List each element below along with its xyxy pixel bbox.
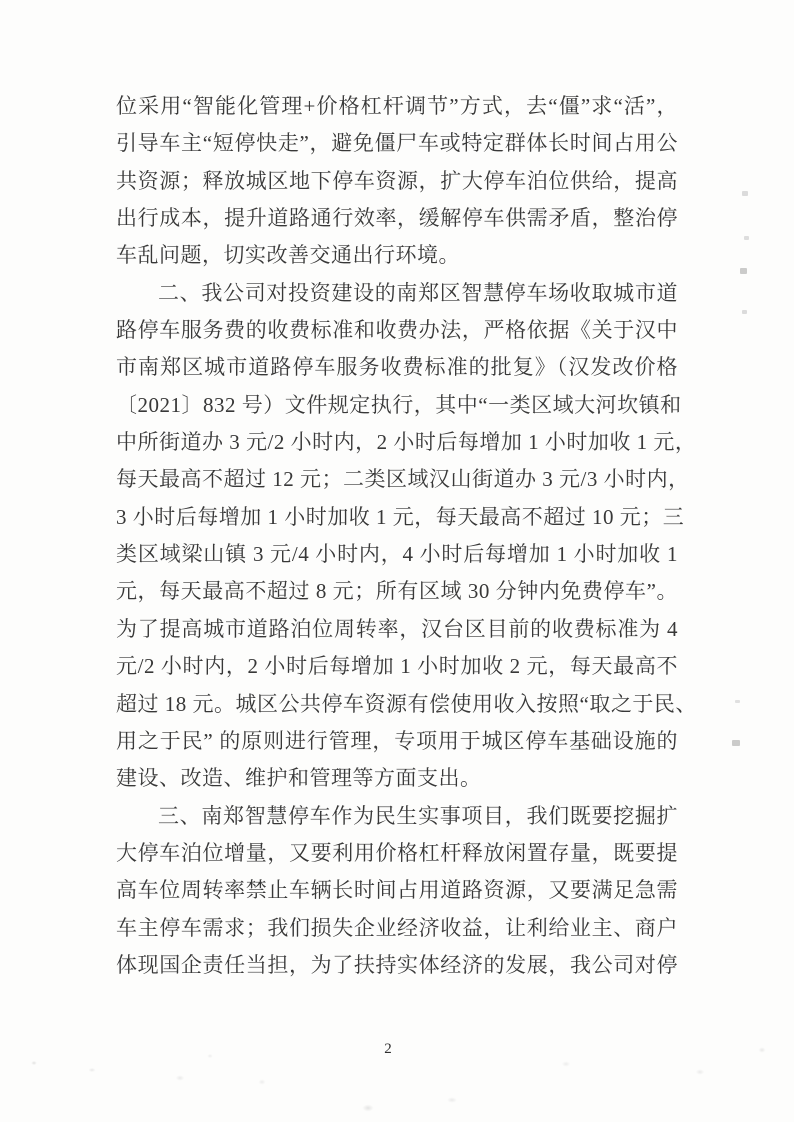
scan-artifact <box>732 740 740 746</box>
text-line: 元，每天最高不超过 8 元；所有区域 30 分钟内免费停车”。 <box>116 573 678 610</box>
text-line: 用之于民” 的原则进行管理，专项用于城区停车基础设施的 <box>116 723 678 760</box>
scan-artifact <box>742 310 747 314</box>
text-line: 超过 18 元。城区公共停车资源有偿使用收入按照“取之于民、 <box>116 686 678 723</box>
text-line: 元/2 小时内，2 小时后每增加 1 小时加收 2 元，每天最高不 <box>116 648 678 685</box>
text-line: 引导车主“短停快走”，避免僵尸车或特定群体长时间占用公 <box>116 125 678 162</box>
text-line: 3 小时后每增加 1 小时加收 1 元，每天最高不超过 10 元；三 <box>116 499 678 536</box>
text-line: 出行成本，提升道路通行效率，缓解停车供需矛盾，整治停 <box>116 200 678 237</box>
text-line: 类区域梁山镇 3 元/4 小时内，4 小时后每增加 1 小时加收 1 <box>116 536 678 573</box>
scan-artifact <box>744 236 749 240</box>
text-line: 〔2021〕832 号）文件规定执行，其中“一类区域大河坎镇和 <box>116 387 678 424</box>
scan-artifact <box>740 268 747 274</box>
text-line: 每天最高不超过 12 元；二类区域汉山街道办 3 元/3 小时内， <box>116 461 678 498</box>
text-line: 路停车服务费的收费标准和收费办法，严格依据《关于汉中 <box>116 312 678 349</box>
text-line: 共资源；释放城区地下停车资源，扩大停车泊位供给，提高 <box>116 163 678 200</box>
text-line: 建设、改造、维护和管理等方面支出。 <box>116 760 678 797</box>
text-line: 三、南郑智慧停车作为民生实事项目，我们既要挖掘扩 <box>116 798 678 835</box>
text-line: 二、我公司对投资建设的南郑区智慧停车场收取城市道 <box>116 275 678 312</box>
text-line: 中所街道办 3 元/2 小时内，2 小时后每增加 1 小时加收 1 元， <box>116 424 678 461</box>
text-line: 高车位周转率禁止车辆长时间占用道路资源，又要满足急需 <box>116 872 678 909</box>
text-line: 位采用“智能化管理+价格杠杆调节”方式，去“僵”求“活”， <box>116 88 678 125</box>
text-line: 市南郑区城市道路停车服务收费标准的批复》（汉发改价格 <box>116 349 678 386</box>
text-line: 车乱问题，切实改善交通出行环境。 <box>116 237 678 274</box>
document-page: 位采用“智能化管理+价格杠杆调节”方式，去“僵”求“活”，引导车主“短停快走”，… <box>0 0 794 1122</box>
page-number: 2 <box>0 1041 785 1058</box>
scan-artifact <box>735 700 740 703</box>
text-line: 体现国企责任当担，为了扶持实体经济的发展，我公司对停 <box>116 947 678 984</box>
scan-artifact <box>742 191 748 196</box>
text-line: 为了提高城市道路泊位周转率，汉台区目前的收费标准为 4 <box>116 611 678 648</box>
text-line: 车主停车需求；我们损失企业经济收益，让利给业主、商户 <box>116 910 678 947</box>
body-text: 位采用“智能化管理+价格杠杆调节”方式，去“僵”求“活”，引导车主“短停快走”，… <box>116 88 678 984</box>
text-line: 大停车泊位增量，又要利用价格杠杆释放闲置存量，既要提 <box>116 835 678 872</box>
